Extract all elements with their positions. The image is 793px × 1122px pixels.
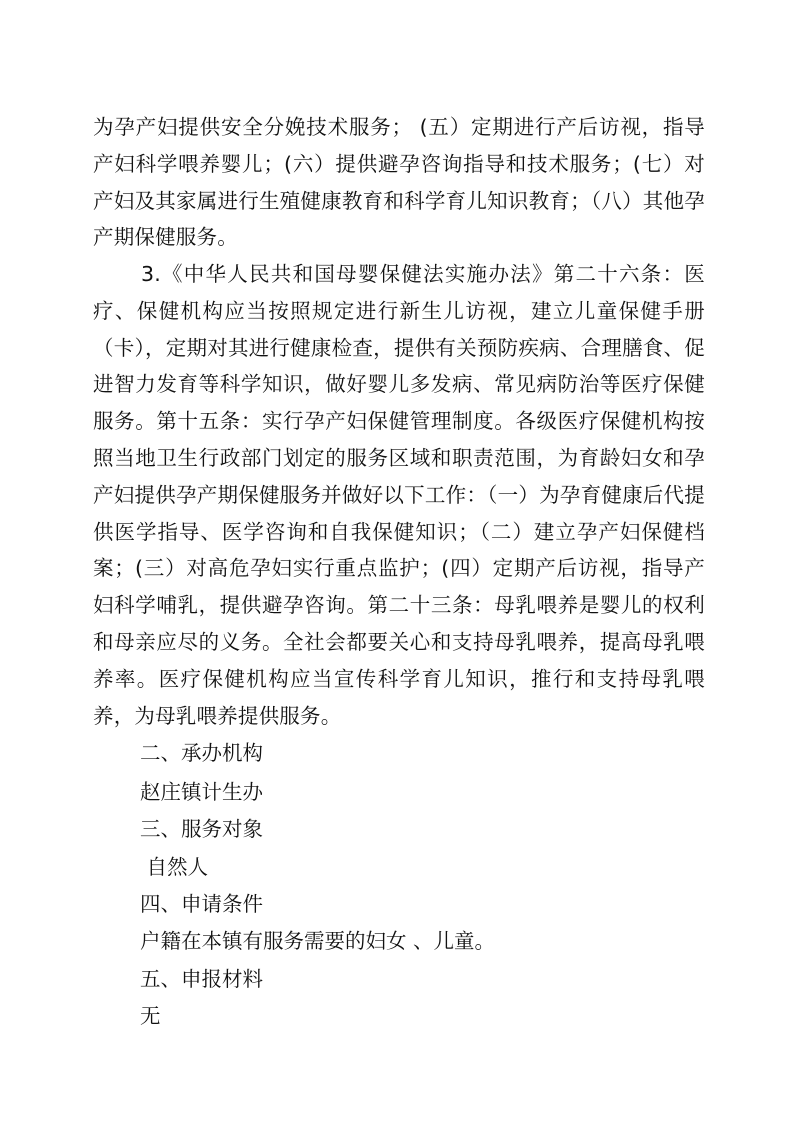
section-heading-conditions: 四、申请条件 — [140, 890, 263, 918]
document-page: 为孕产妇提供安全分娩技术服务； (五）定期进行产后访视，指导产妇科学喂养婴儿；(… — [0, 0, 793, 1122]
section-content-service-target: 自然人 — [140, 853, 208, 881]
section-content-organizer: 赵庄镇计生办 — [140, 778, 263, 806]
paragraph-maternal-services-continued: 为孕产妇提供安全分娩技术服务； (五）定期进行产后访视，指导产妇科学喂养婴儿；(… — [93, 109, 705, 256]
section-heading-materials: 五、申报材料 — [140, 965, 263, 993]
section-content-materials: 无 — [140, 1002, 161, 1030]
paragraph-implementation-measures: 3.《中华人民共和国母婴保健法实施办法》第二十六条：医疗、保健机构应当按照规定进… — [93, 256, 705, 734]
section-content-conditions: 户籍在本镇有服务需要的妇女 、儿童。 — [140, 927, 495, 955]
section-heading-service-target: 三、服务对象 — [140, 815, 263, 843]
section-heading-organizer: 二、承办机构 — [140, 739, 263, 767]
